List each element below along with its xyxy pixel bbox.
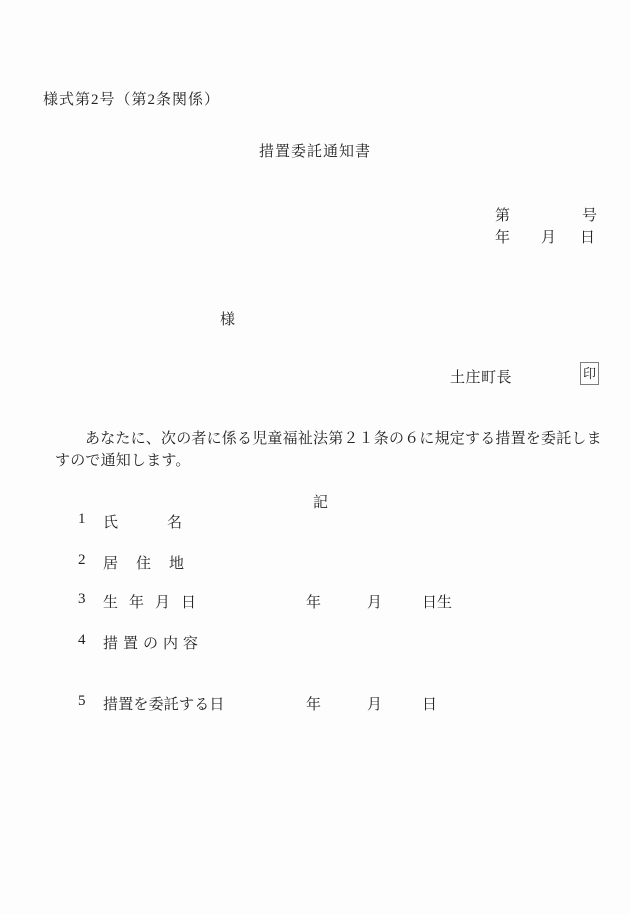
item-row-entrustment-date: 5 措置を委託する日 年 月 日 [0, 693, 630, 711]
item-number: 4 [78, 632, 86, 649]
sender-name: 土庄町長 [450, 366, 512, 387]
document-title: 措置委託通知書 [0, 140, 630, 161]
birthdate-month-label: 月 [367, 591, 382, 612]
item-row-birthdate: 3 生年月日 年 月 日生 [0, 591, 630, 609]
issue-date-month-label: 月 [541, 226, 556, 247]
list-heading-marker: 記 [313, 491, 328, 512]
document-page: 様式第2号（第2条関係） 措置委託通知書 第 号 年 月 日 様 土庄町長 印 … [0, 0, 630, 915]
issue-date-day-label: 日 [580, 226, 595, 247]
item-number: 3 [78, 591, 86, 608]
entrustment-year-label: 年 [306, 693, 321, 714]
birthdate-day-label: 日生 [422, 591, 452, 612]
item-number: 2 [78, 552, 86, 569]
issue-date-year-label: 年 [495, 226, 510, 247]
body-paragraph: あなたに、次の者に係る児童福祉法第２１条の６に規定する措置を委託しますので通知し… [55, 428, 613, 472]
item-label-birthdate: 生年月日 [103, 591, 207, 612]
item-row-measure-content: 4 措置の内容 [0, 632, 630, 650]
item-number: 1 [78, 511, 86, 528]
item-number: 5 [78, 693, 86, 710]
entrustment-month-label: 月 [367, 693, 382, 714]
reference-number-suffix: 号 [582, 204, 597, 225]
item-row-name: 1 氏名 [0, 511, 630, 529]
item-label-name: 氏名 [103, 511, 231, 532]
item-label-address: 居住地 [103, 552, 202, 573]
form-number: 様式第2号（第2条関係） [43, 88, 220, 109]
reference-number-prefix: 第 [495, 204, 510, 225]
item-row-address: 2 居住地 [0, 552, 630, 570]
item-label-entrustment-date: 措置を委託する日 [103, 693, 225, 714]
birthdate-year-label: 年 [306, 591, 321, 612]
seal-placeholder-box: 印 [580, 362, 599, 385]
addressee-honorific: 様 [220, 308, 235, 329]
item-label-measure-content: 措置の内容 [103, 632, 203, 653]
entrustment-day-label: 日 [422, 693, 437, 714]
